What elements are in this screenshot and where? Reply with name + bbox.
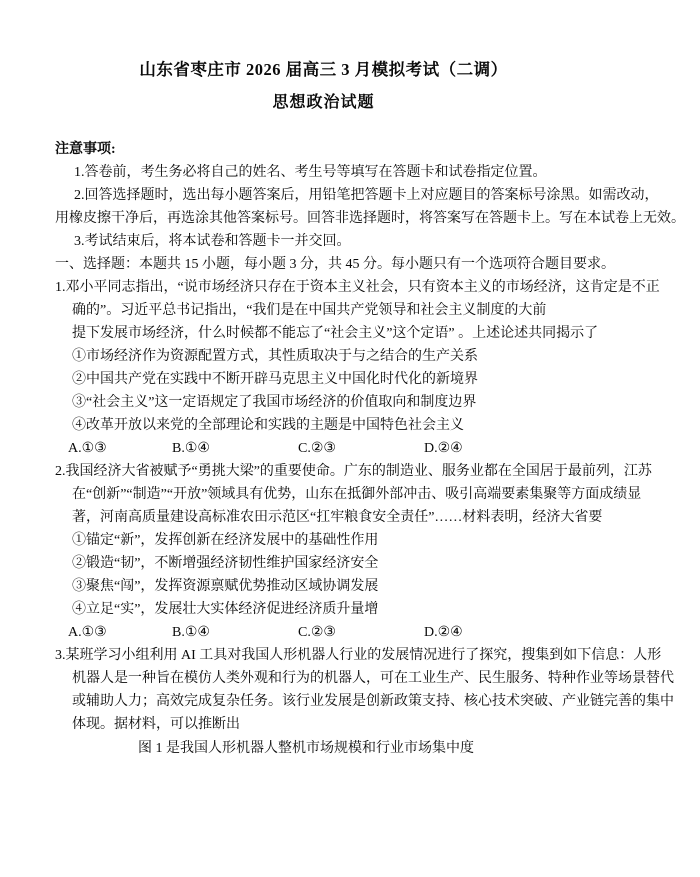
notice-line-2: 2.回答选择题时，选出每小题答案后，用铅笔把答题卡上对应题目的答案标号涂黑。如需… [55,184,672,207]
question-2-choices: A.①③B.①④C.②③D.②④ [55,621,672,644]
question-1-choice-c: C.②③ [298,437,424,460]
question-1-item-1: ①市场经济作为资源配置方式，其性质取决于与之结合的生产关系 [55,345,672,368]
figure-1-caption: 图 1 是我国人形机器人整机市场规模和行业市场集中度 [55,737,672,760]
question-1-choices: A.①③B.①④C.②③D.②④ [55,437,672,460]
question-1-item-3: ③“社会主义”这一定语规定了我国市场经济的价值取向和制度边界 [55,391,672,414]
question-1-choice-d: D.②④ [424,437,463,460]
exam-header: 山东省枣庄市 2026 届高三 3 月模拟考试（二调） 思想政治试题 [55,58,672,115]
notice-section: 注意事项: 1.答卷前，考生务必将自己的姓名、考生号等填写在答题卡和试卷指定位置… [55,138,672,253]
question-1-stem-line: 提下发展市场经济，什么时候都不能忘了“社会主义”这个定语” 。上述论述共同揭示了 [55,322,672,345]
question-2-item-1: ①锚定“新”，发挥创新在经济发展中的基础性作用 [55,529,672,552]
question-2-item-4: ④立足“实”，发展壮大实体经济促进经济质升量增 [55,598,672,621]
question-2-stem-line: 在“创新”“制造”“开放”领域具有优势，山东在抵御外部冲击、吸引高端要素集聚等方… [55,483,672,506]
notice-line-3: 3.考试结束后，将本试卷和答题卡一并交回。 [55,230,672,253]
section-one-header: 一、选择题：本题共 15 小题，每小题 3 分，共 45 分。每小题只有一个选项… [55,253,672,276]
notice-line-1: 1.答卷前，考生务必将自己的姓名、考生号等填写在答题卡和试卷指定位置。 [55,161,672,184]
question-1-choice-a: A.①③ [68,437,172,460]
exam-paper-page: 山东省枣庄市 2026 届高三 3 月模拟考试（二调） 思想政治试题 注意事项:… [0,0,700,877]
notice-heading: 注意事项: [55,138,672,161]
question-2: 2.我国经济大省被赋予“勇挑大梁”的重要使命。广东的制造业、服务业都在全国居于最… [55,460,672,644]
question-2-choice-c: C.②③ [298,621,424,644]
question-1-choice-b: B.①④ [172,437,298,460]
question-1-item-4: ④改革开放以来党的全部理论和实践的主题是中国特色社会主义 [55,414,672,437]
question-1-stem-line: 确的”。习近平总书记指出，“我们是在中国共产党领导和社会主义制度的大前 [55,299,672,322]
question-2-choice-b: B.①④ [172,621,298,644]
question-2-choice-d: D.②④ [424,621,463,644]
question-1: 1.邓小平同志指出，“说市场经济只存在于资本主义社会，只有资本主义的市场经济，这… [55,276,672,460]
question-2-stem-line: 2.我国经济大省被赋予“勇挑大梁”的重要使命。广东的制造业、服务业都在全国居于最… [55,460,672,483]
question-1-stem-line: 1.邓小平同志指出，“说市场经济只存在于资本主义社会，只有资本主义的市场经济，这… [55,276,672,299]
question-2-item-3: ③聚焦“闯”，发挥资源禀赋优势推动区域协调发展 [55,575,672,598]
exam-subtitle: 思想政治试题 [55,91,592,115]
question-3-stem-line: 或辅助人力；高效完成复杂任务。该行业发展是创新政策支持、核心技术突破、产业链完善… [55,690,672,713]
question-2-choice-a: A.①③ [68,621,172,644]
question-3-stem-line: 体现。据材料，可以推断出 [55,713,672,736]
exam-title: 山东省枣庄市 2026 届高三 3 月模拟考试（二调） [55,58,592,82]
question-3: 3.某班学习小组利用 AI 工具对我国人形机器人行业的发展情况进行了探究，搜集到… [55,644,672,736]
question-3-stem-line: 3.某班学习小组利用 AI 工具对我国人形机器人行业的发展情况进行了探究，搜集到… [55,644,672,667]
question-3-stem-line: 机器人是一种旨在模仿人类外观和行为的机器人，可在工业生产、民生服务、特种作业等场… [55,667,672,690]
question-2-item-2: ②锻造“韧”，不断增强经济韧性维护国家经济安全 [55,552,672,575]
question-1-item-2: ②中国共产党在实践中不断开辟马克思主义中国化时代化的新境界 [55,368,672,391]
notice-line-2-continued: 用橡皮擦干净后，再选涂其他答案标号。回答非选择题时，将答案写在答题卡上。写在本试… [55,207,672,230]
question-2-stem-line: 著，河南高质量建设高标准农田示范区“扛牢粮食安全责任”……材料表明，经济大省要 [55,506,672,529]
